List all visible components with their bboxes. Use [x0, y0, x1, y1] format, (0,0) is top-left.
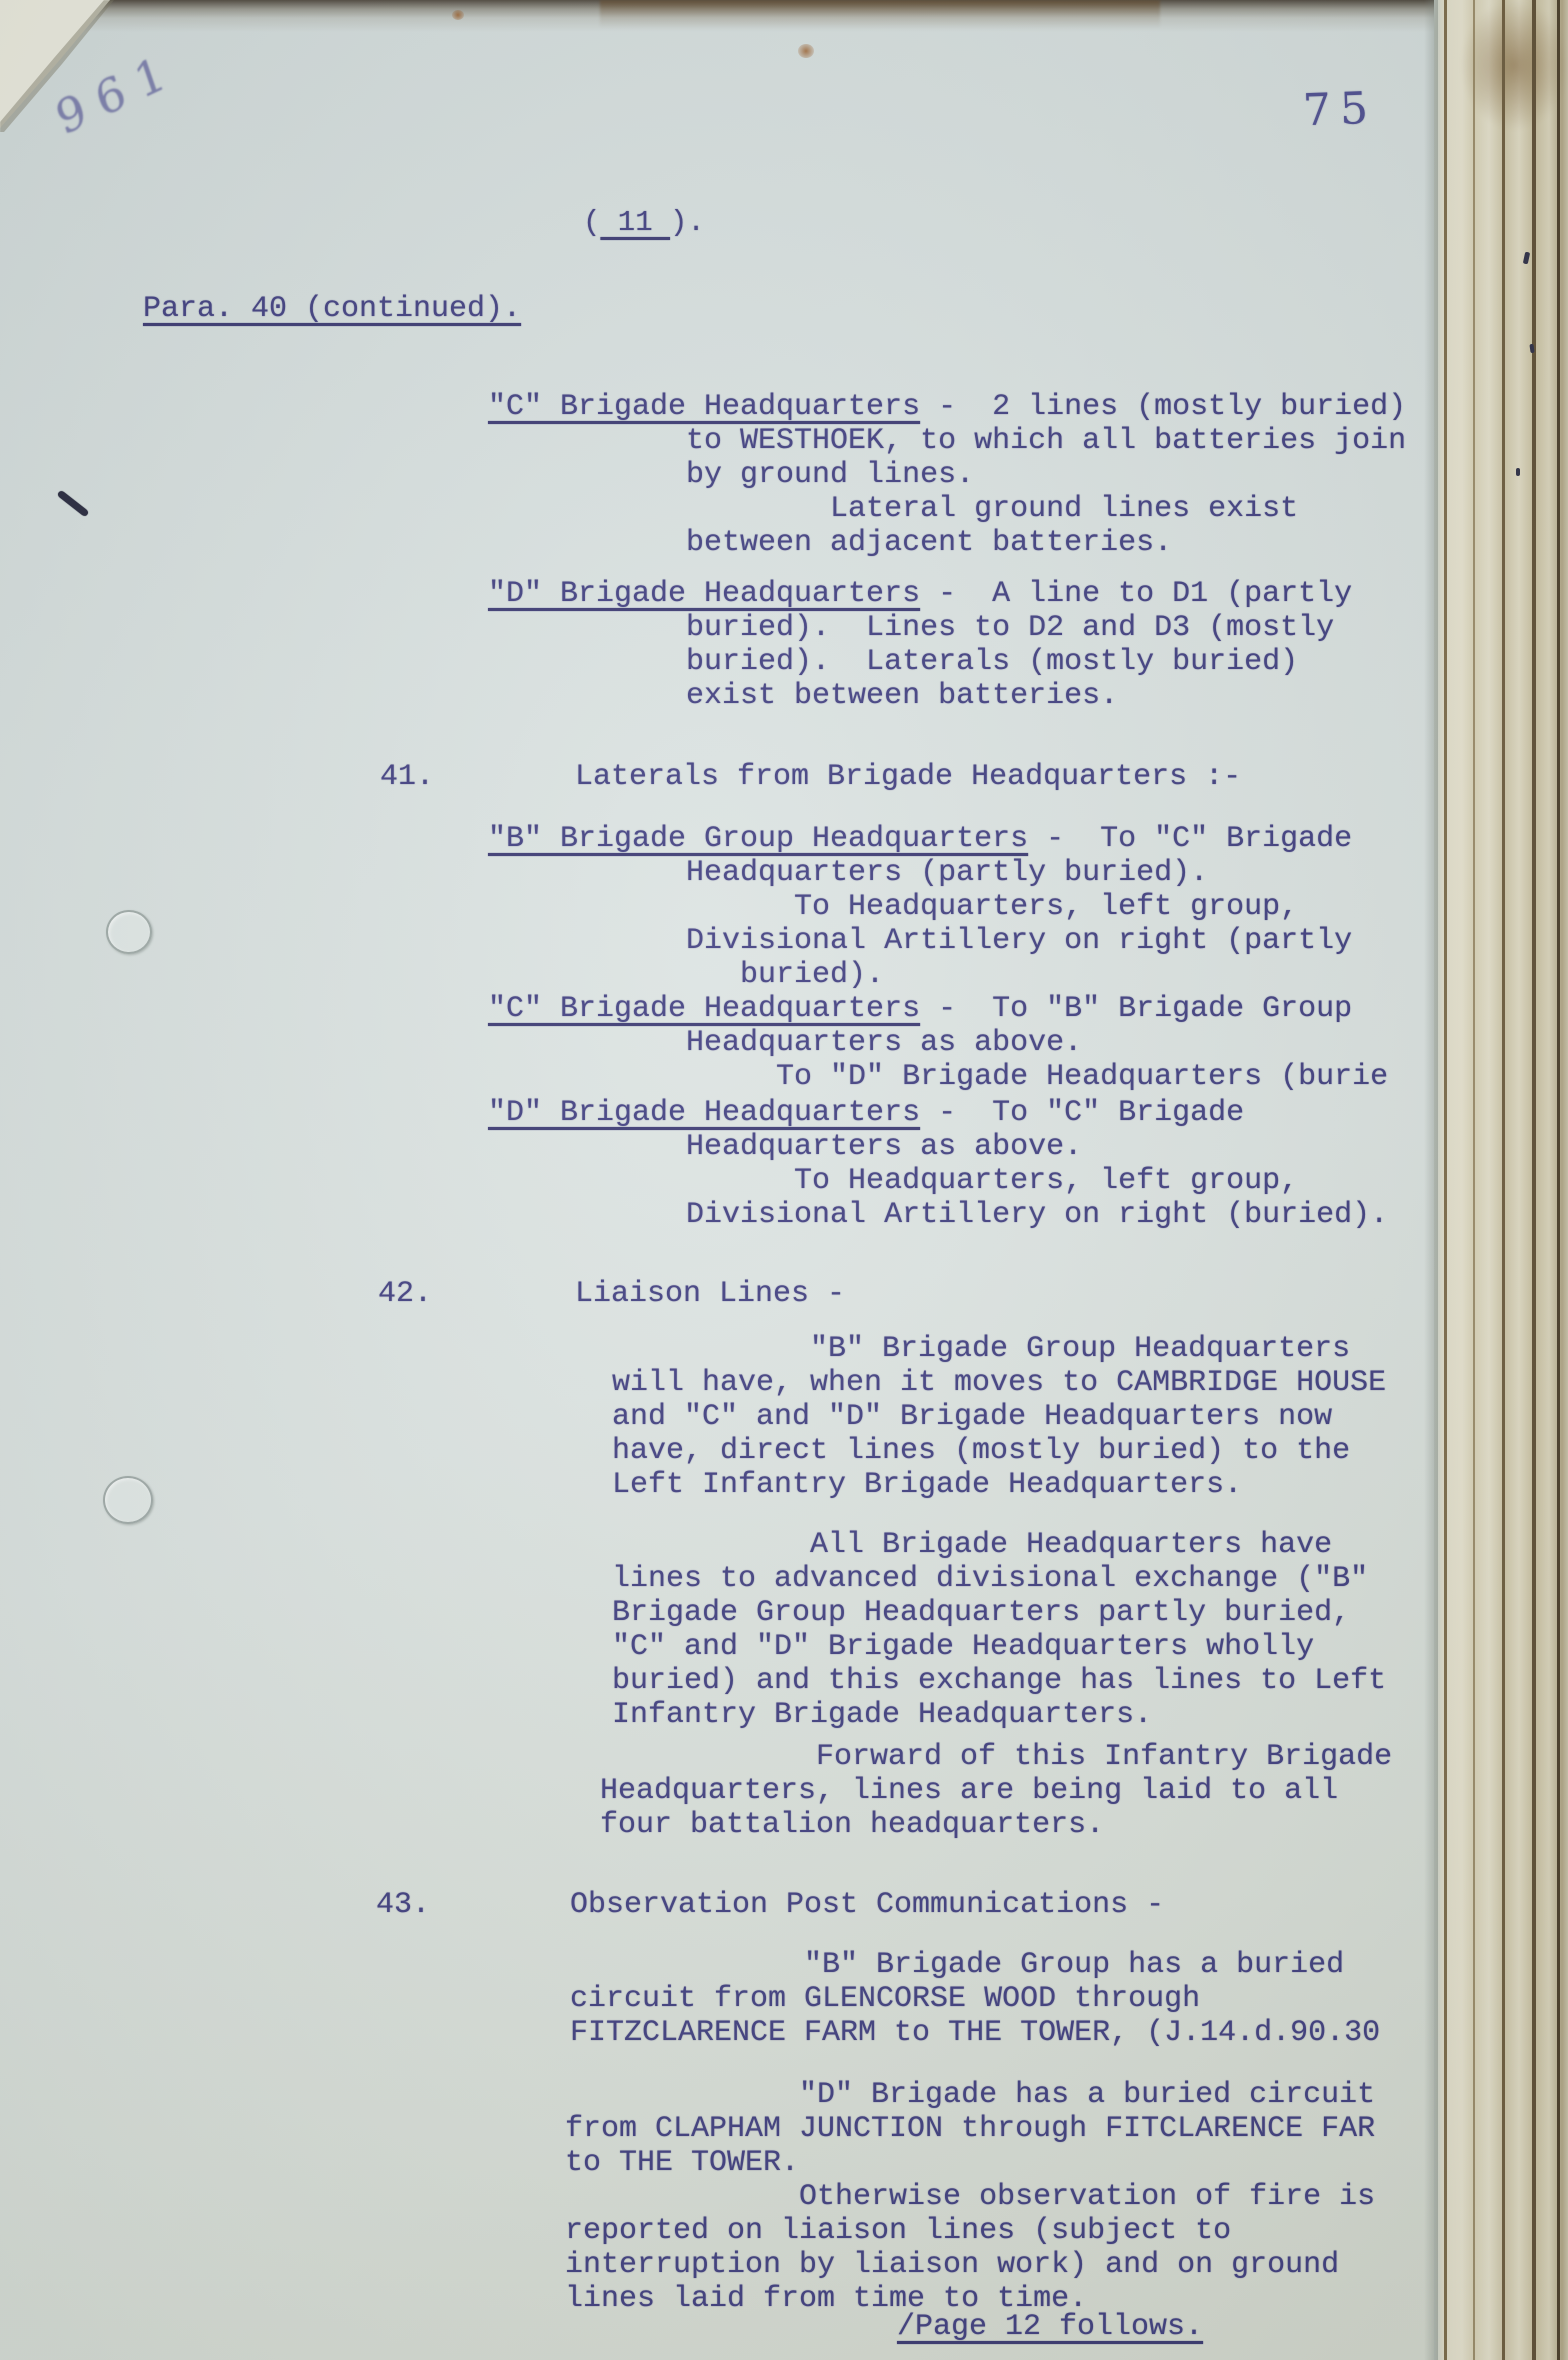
- entry-d-brigade-hq: "D" Brigade Headquarters - A line to D1 …: [488, 577, 1352, 713]
- entry-c-brigade-hq-laterals: "C" Brigade Headquarters - To "B" Brigad…: [488, 992, 1388, 1094]
- entry-c-brigade-hq: "C" Brigade Headquarters - 2 lines (most…: [488, 390, 1406, 560]
- punch-hole-ring: [106, 910, 152, 954]
- para40-continued-title: Para. 40 (continued).: [143, 292, 521, 326]
- para42-paragraph-2: All Brigade Headquarters have lines to a…: [612, 1528, 1386, 1732]
- para42-paragraph-3: Forward of this Infantry Brigade Headqua…: [600, 1740, 1392, 1842]
- page-edge-line: [1444, 0, 1447, 2360]
- para41-number: 41.: [380, 760, 434, 794]
- para42-number: 42.: [378, 1277, 432, 1311]
- para42-paragraph-1: "B" Brigade Group Headquarters will have…: [612, 1332, 1386, 1502]
- page-number-value: 11: [600, 206, 670, 239]
- para43-number: 43.: [376, 1888, 430, 1922]
- punch-hole-ring: [103, 1476, 153, 1524]
- top-brown-smear: [600, 0, 1160, 28]
- page-edge-line: [1532, 0, 1536, 2360]
- entry-head-rest: - A line to D1 (partly: [920, 577, 1352, 611]
- para43-paragraph-2: "D" Brigade has a buried circuit from CL…: [565, 2078, 1375, 2316]
- entry-head: "C" Brigade Headquarters: [488, 390, 920, 424]
- rust-spot: [452, 10, 464, 20]
- entry-body: Headquarters (partly buried). To Headqua…: [488, 856, 1352, 992]
- scanned-document-page: 961 75 ( 11 ). Para. 40 (continued). "C"…: [0, 0, 1568, 2360]
- page-number-open: (: [583, 206, 600, 239]
- para43-paragraph-1: "B" Brigade Group has a buried circuit f…: [570, 1948, 1380, 2050]
- faint-number-stamp: 961: [49, 40, 184, 146]
- entry-body: to WESTHOEK, to which all batteries join…: [488, 424, 1406, 560]
- ink-mark: [57, 490, 90, 518]
- entry-body: Headquarters as above. To Headquarters, …: [488, 1130, 1388, 1232]
- entry-head-rest: - 2 lines (mostly buried): [920, 390, 1406, 424]
- para42-title: Liaison Lines -: [575, 1277, 845, 1311]
- entry-head-rest: - To "C" Brigade: [1028, 822, 1352, 856]
- page-number-close: ).: [670, 206, 705, 239]
- page-curl-shadow: [1424, 0, 1438, 2360]
- page-edge-line: [1557, 0, 1560, 2360]
- entry-head: "B" Brigade Group Headquarters: [488, 822, 1028, 856]
- page-edge-line: [1473, 0, 1475, 2360]
- entry-b-brigade-group-hq: "B" Brigade Group Headquarters - To "C" …: [488, 822, 1352, 992]
- ink-speck: [1516, 468, 1520, 476]
- page-edge-binding-strips: [1434, 0, 1568, 2360]
- entry-body: Headquarters as above. To "D" Brigade He…: [488, 1026, 1388, 1094]
- page-edge-line: [1502, 0, 1505, 2360]
- page-footer-next-page: /Page 12 follows.: [897, 2310, 1203, 2344]
- para41-title: Laterals from Brigade Headquarters :-: [575, 760, 1241, 794]
- entry-d-brigade-hq-laterals: "D" Brigade Headquarters - To "C" Brigad…: [488, 1096, 1388, 1232]
- entry-head: "D" Brigade Headquarters: [488, 577, 920, 611]
- page-stamp-75: 75: [1302, 83, 1378, 137]
- entry-head: "D" Brigade Headquarters: [488, 1096, 920, 1130]
- entry-head: "C" Brigade Headquarters: [488, 992, 920, 1026]
- para43-title: Observation Post Communications -: [570, 1888, 1164, 1922]
- binding-stain: [1434, 0, 1568, 260]
- rust-spot: [798, 44, 814, 58]
- page-number: ( 11 ).: [583, 206, 705, 240]
- entry-head-rest: - To "B" Brigade Group: [920, 992, 1352, 1026]
- entry-head-rest: - To "C" Brigade: [920, 1096, 1244, 1130]
- entry-body: buried). Lines to D2 and D3 (mostly buri…: [488, 611, 1334, 713]
